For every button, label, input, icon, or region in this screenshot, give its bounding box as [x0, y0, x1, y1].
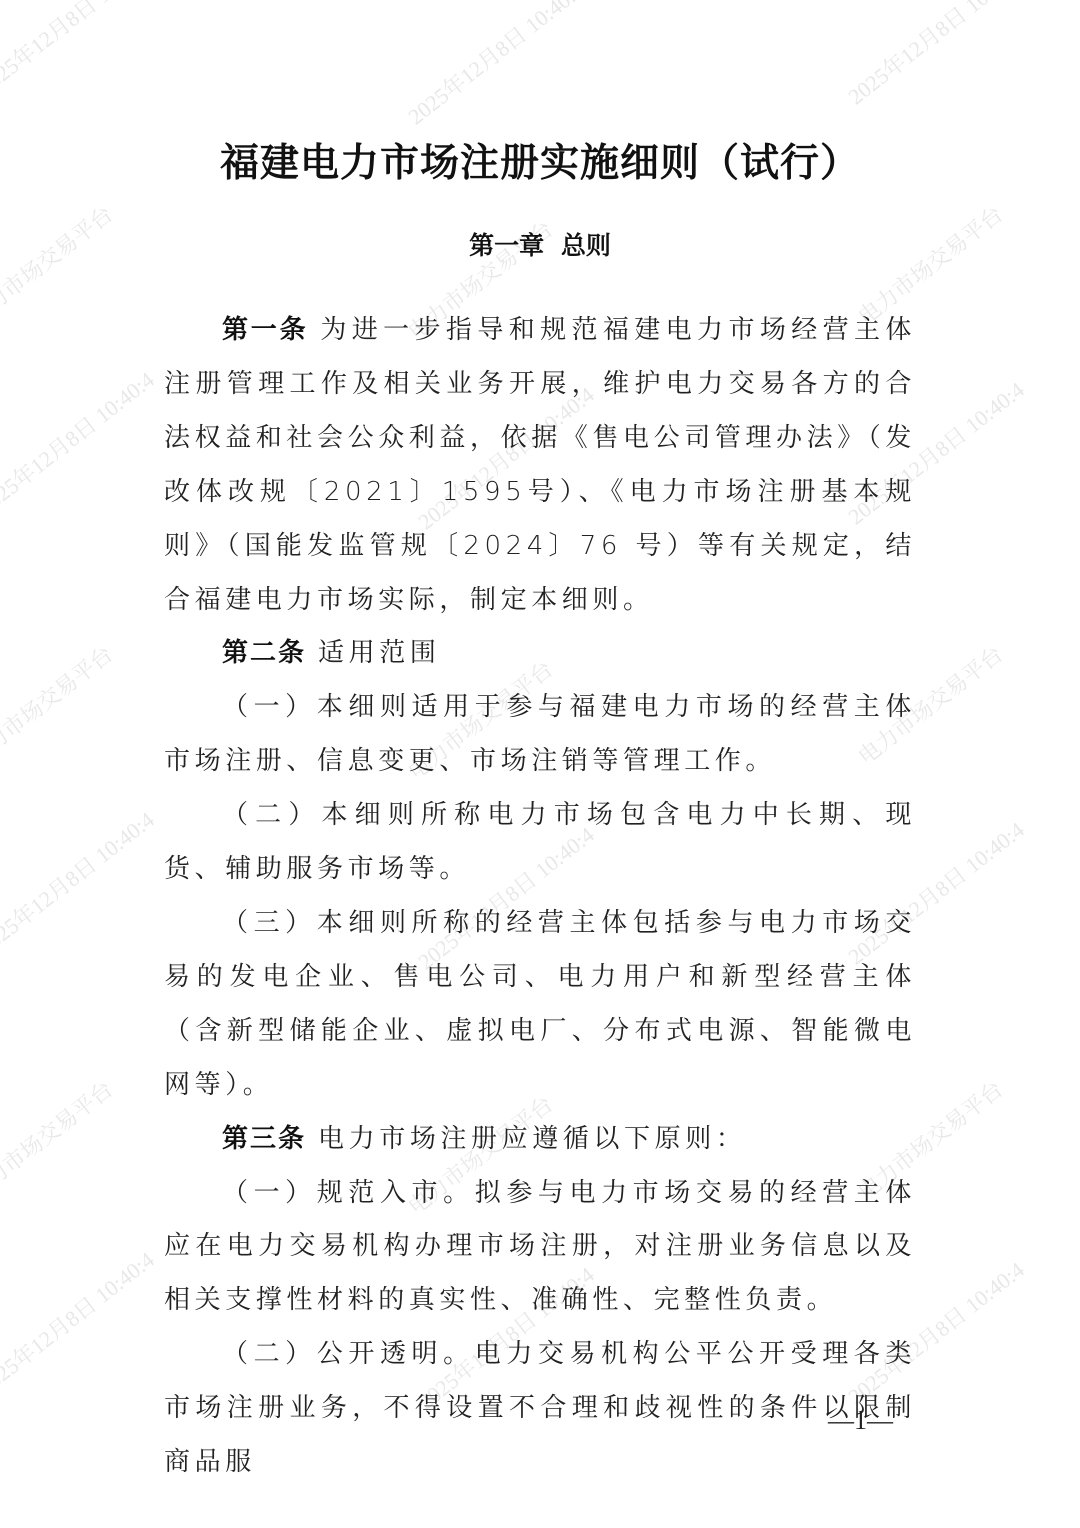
article-label: 第一条 [222, 315, 308, 345]
article-label: 第三条 [222, 1124, 306, 1154]
watermark-platform: 电力市场交易平台 [0, 198, 119, 331]
paragraph-text: 为进一步指导和规范福建电力市场经营主体注册管理工作及相关业务开展，维护电力交易各… [164, 315, 916, 615]
clause: （一）本细则适用于参与福建电力市场的经营主体市场注册、信息变更、市场注销等管理工… [164, 681, 916, 789]
article-2: 第二条适用范围 [164, 627, 916, 681]
watermark-platform: 电力市场交易平台 [0, 1073, 119, 1206]
paragraph-text: 电力市场注册应遵循以下原则： [318, 1124, 746, 1154]
clause: （二）公开透明。电力交易机构公平公开受理各类市场注册业务，不得设置不合理和歧视性… [164, 1328, 916, 1490]
chapter-heading: 第一章 总则 [0, 226, 1080, 262]
clause: （一）规范入市。拟参与电力市场交易的经营主体应在电力交易机构办理市场注册，对注册… [164, 1167, 916, 1329]
clause: （三）本细则所称的经营主体包括参与电力市场交易的发电企业、售电公司、电力用户和新… [164, 897, 916, 1113]
watermark-date: 2025年12月8日 10:40:4 [401, 0, 590, 131]
clause: （二）本细则所称电力市场包含电力中长期、现货、辅助服务市场等。 [164, 789, 916, 897]
article-3: 第三条电力市场注册应遵循以下原则： [164, 1113, 916, 1167]
paragraph-text: （二）公开透明。电力交易机构公平公开受理各类市场注册业务，不得设置不合理和歧视性… [164, 1339, 916, 1477]
watermark-date: 2025年12月8日 10:40:4 [0, 0, 160, 101]
page-number: —1— [828, 1406, 893, 1436]
watermark-date: 2025年12月8日 10:40:4 [0, 804, 160, 961]
article-label: 第二条 [222, 638, 306, 668]
watermark-date: 2025年12月8日 10:40:4 [841, 0, 1030, 111]
document-body: 第一条为进一步指导和规范福建电力市场经营主体注册管理工作及相关业务开展，维护电力… [164, 304, 916, 1490]
document-page: 2025年12月8日 10:40:4 2025年12月8日 10:40:4 20… [0, 0, 1080, 1528]
watermark-date: 2025年12月8日 10:40:4 [0, 364, 160, 521]
paragraph-text: 适用范围 [318, 638, 440, 668]
paragraph-text: （二）本细则所称电力市场包含电力中长期、现货、辅助服务市场等。 [164, 800, 916, 884]
paragraph-text: （一）规范入市。拟参与电力市场交易的经营主体应在电力交易机构办理市场注册，对注册… [164, 1178, 916, 1316]
watermark-date: 2025年12月8日 10:40:4 [0, 1244, 160, 1401]
watermark-platform: 电力市场交易平台 [0, 638, 119, 771]
article-1: 第一条为进一步指导和规范福建电力市场经营主体注册管理工作及相关业务开展，维护电力… [164, 304, 916, 627]
paragraph-text: （三）本细则所称的经营主体包括参与电力市场交易的发电企业、售电公司、电力用户和新… [164, 908, 916, 1100]
document-title: 福建电力市场注册实施细则（试行） [0, 132, 1080, 188]
paragraph-text: （一）本细则适用于参与福建电力市场的经营主体市场注册、信息变更、市场注销等管理工… [164, 692, 916, 776]
